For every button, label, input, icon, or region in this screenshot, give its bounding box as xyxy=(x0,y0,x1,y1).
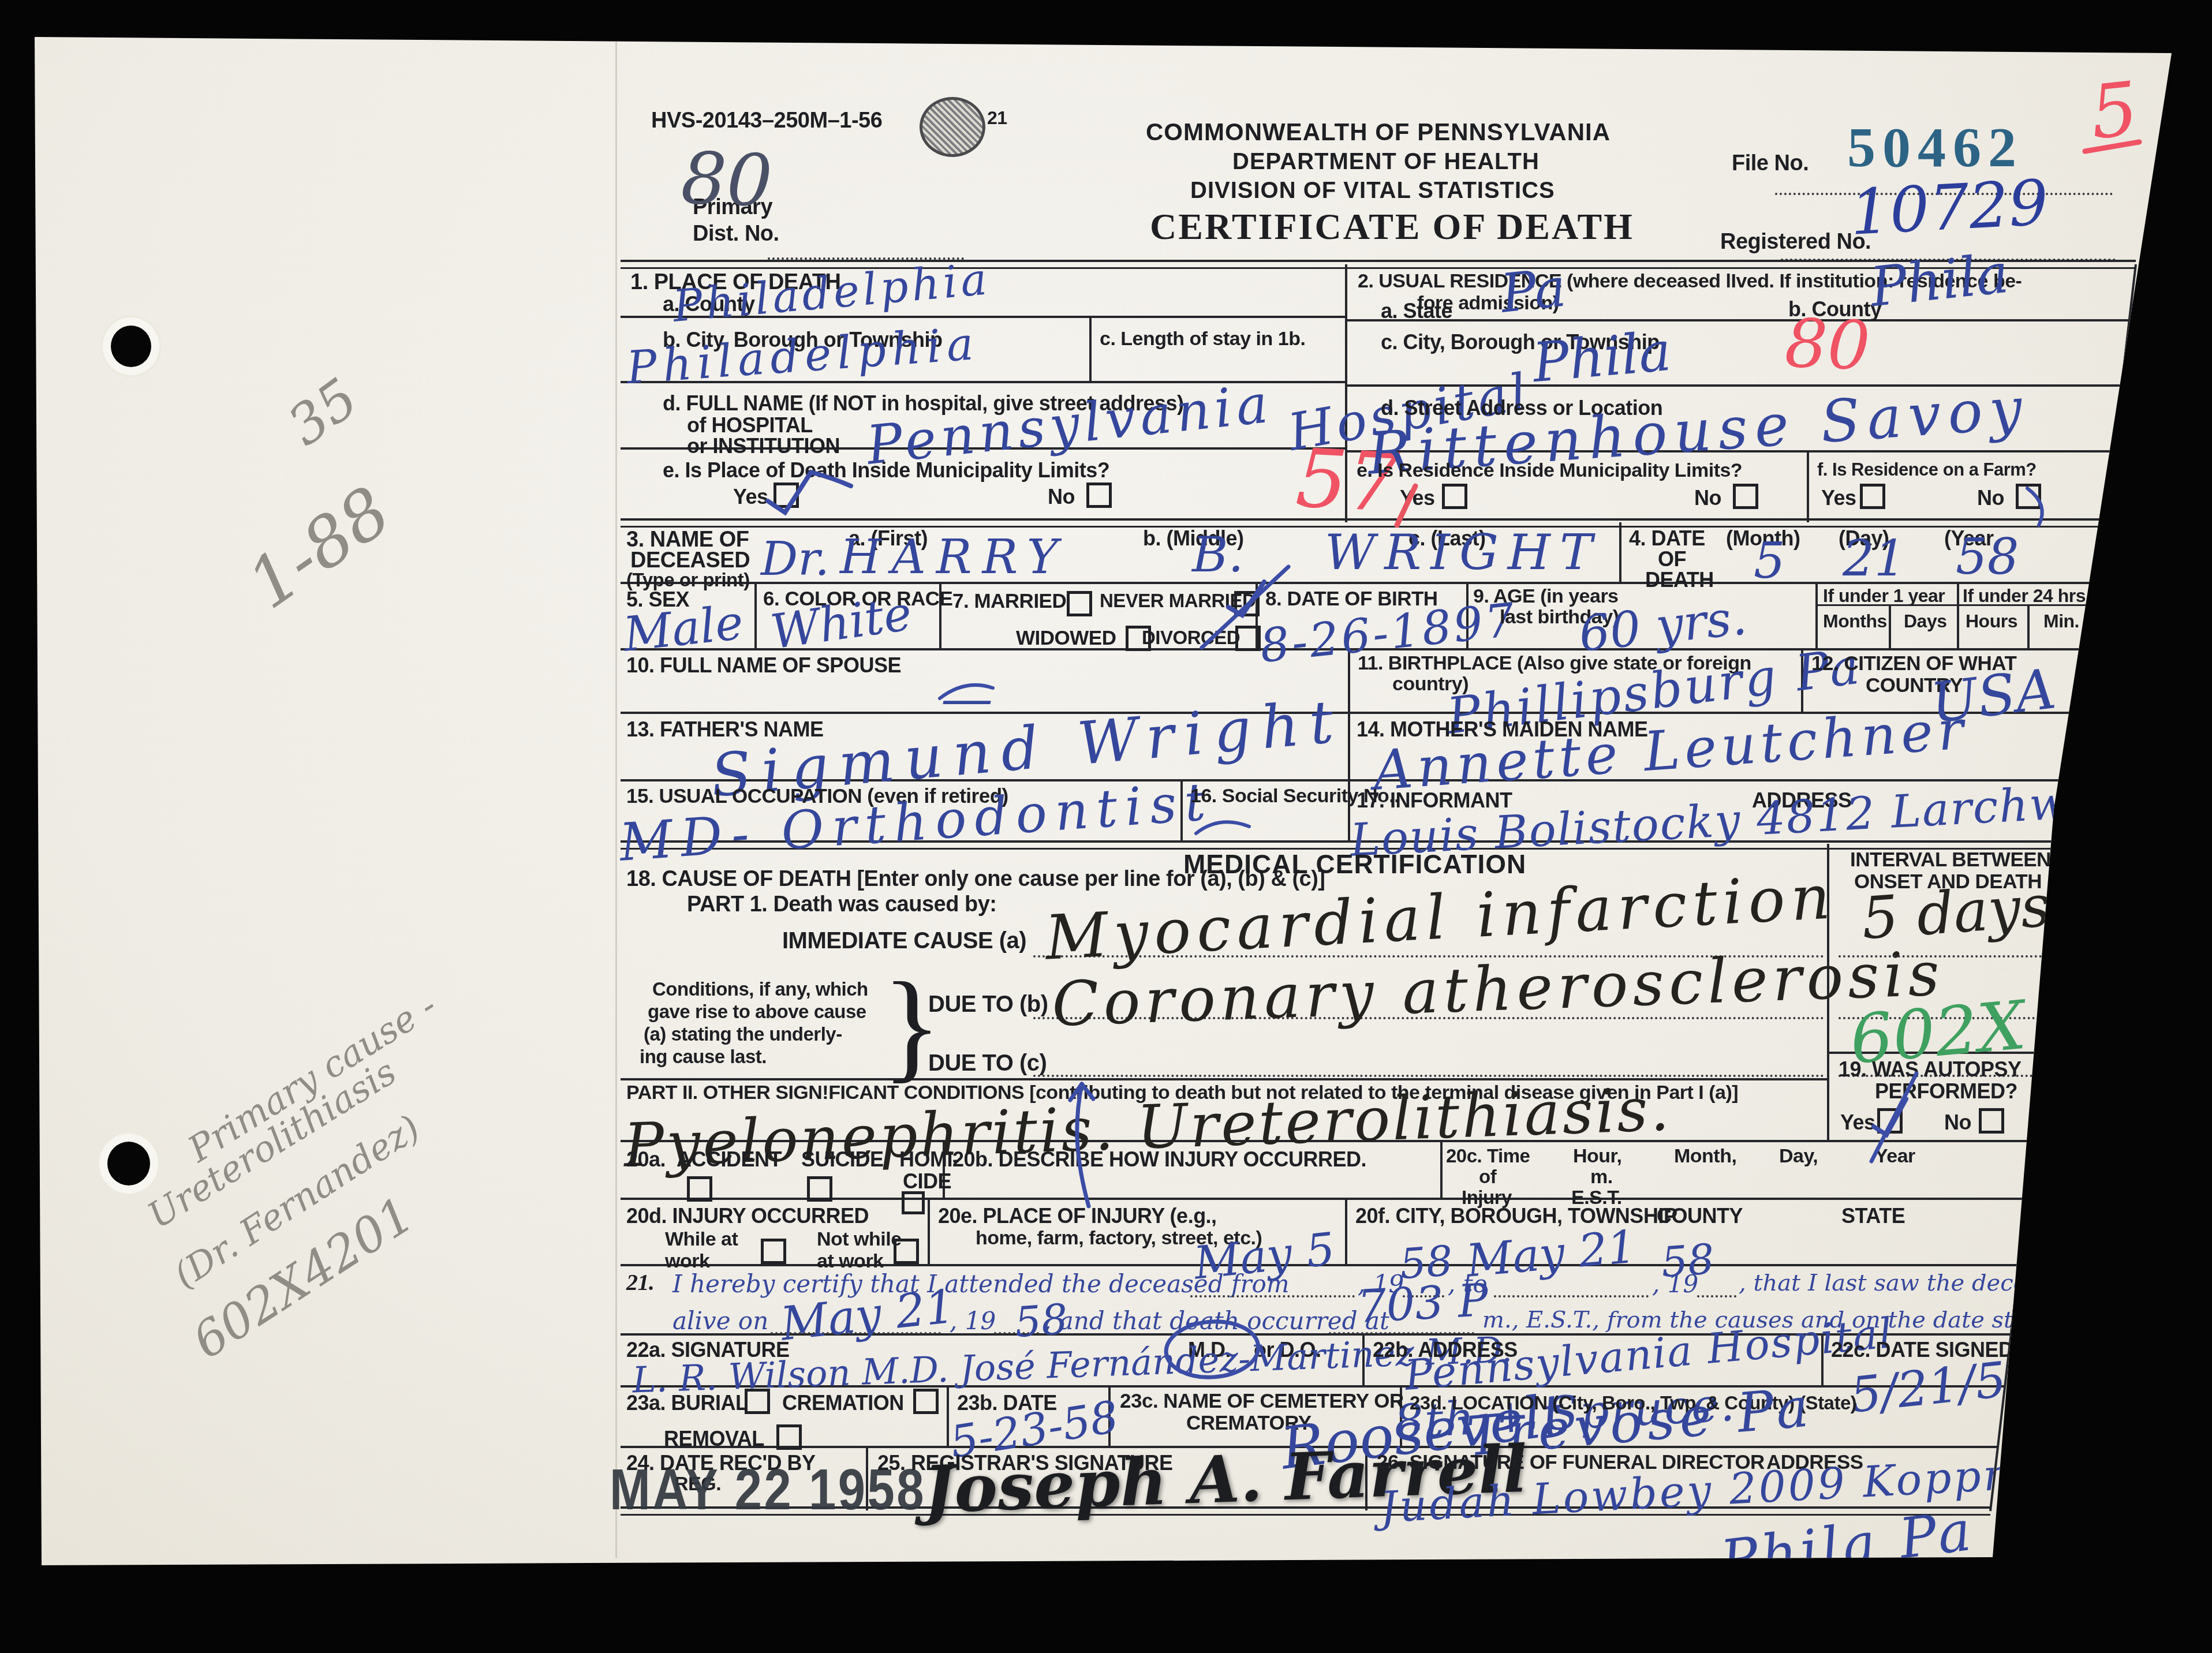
s20d-whileat-checkbox xyxy=(761,1239,786,1264)
red-annotation-80: 80 xyxy=(1784,304,1871,385)
s5-value: Male xyxy=(621,595,746,662)
s20a-accident-label: ACCIDENT xyxy=(677,1147,782,1172)
file-no-label: File No. xyxy=(1732,151,1809,176)
s18-cond4: ing cause last. xyxy=(640,1046,767,1068)
s20c-label2: of xyxy=(1479,1166,1496,1188)
s19-label2: PERFORMED? xyxy=(1875,1079,2017,1104)
s2f-no-label: No xyxy=(1977,486,2004,510)
s7-divorced-checkbox xyxy=(1235,626,1261,651)
s20d-notwhile-checkbox xyxy=(894,1239,919,1264)
s20c-year-label: Year xyxy=(1875,1145,1915,1168)
s20c-hour-label: Hour, xyxy=(1573,1145,1621,1168)
s2e-label: e. Is Residence Inside Municipality Limi… xyxy=(1357,459,1742,482)
s20f-state-label: STATE xyxy=(1841,1204,1905,1228)
form-stock-number: HVS-20143–250M–1-56 xyxy=(651,109,882,133)
s21-time-value: 703 P xyxy=(1357,1274,1490,1333)
s20a-homi-label: HOMI- xyxy=(899,1147,959,1172)
s9-min-label: Min. xyxy=(2043,611,2079,632)
s19-no-checkbox xyxy=(1979,1108,2004,1134)
s9-under1yr-label: If under 1 year xyxy=(1823,585,1945,607)
s20d-whileat-label: While at xyxy=(665,1228,738,1251)
rule xyxy=(1345,319,2129,321)
s7-never-married-label: NEVER MARRIED xyxy=(1100,590,1256,612)
s3-first-value: HARRY xyxy=(840,530,1068,585)
s20e-label1: 20e. PLACE OF INJURY (e.g., xyxy=(938,1204,1217,1228)
divider xyxy=(1345,1198,1347,1265)
s2e-yes-checkbox xyxy=(1442,484,1467,509)
s23a-cremation-label: CREMATION xyxy=(782,1391,904,1415)
s19-yes-checkbox xyxy=(1877,1108,1903,1134)
form-title: CERTIFICATE OF DEATH xyxy=(1150,205,1634,248)
divider xyxy=(1889,604,1891,649)
margin-note-1-88: 1-88 xyxy=(233,471,404,624)
s18-due-to-b-label: DUE TO (b) xyxy=(928,992,1048,1018)
s2e-yes-label: Yes xyxy=(1400,486,1435,510)
divider xyxy=(1348,648,1350,843)
scanned-death-certificate: HVS-20143–250M–1-56 21 Primary Dist. No.… xyxy=(0,0,2212,1653)
divider xyxy=(1619,522,1621,583)
s18-due-to-c-label: DUE TO (c) xyxy=(928,1050,1047,1076)
s19-yes-label: Yes xyxy=(1840,1110,1875,1135)
s23a-removal-label: REMOVAL xyxy=(664,1427,764,1451)
header-department: DEPARTMENT OF HEALTH xyxy=(1232,149,1540,175)
s21-alive-year: 58 xyxy=(1013,1295,1069,1347)
s4-title3: DEATH xyxy=(1645,568,1714,592)
s19-no-label: No xyxy=(1944,1110,1971,1135)
s1e-label: e. Is Place of Death Inside Municipality… xyxy=(663,458,1109,483)
header-commonwealth: COMMONWEALTH OF PENNSYLVANIA xyxy=(1146,118,1611,146)
punch-hole-top xyxy=(111,326,151,367)
punch-hole-bottom xyxy=(107,1142,150,1185)
s21-line3 xyxy=(1494,1295,1649,1297)
printer-seal-icon xyxy=(920,97,985,157)
s9-under24-label: If under 24 hrs. xyxy=(1963,585,2090,607)
s23a-burial-label: 23a. BURIAL xyxy=(626,1391,748,1415)
divider xyxy=(947,1385,949,1447)
s20d-notwhile-label: Not while xyxy=(817,1228,902,1251)
plate-number: 21 xyxy=(987,107,1007,129)
s7-married-checkbox xyxy=(1067,591,1092,616)
s1e-yes-checkbox xyxy=(774,483,799,508)
s20a-suicide-label: SUICIDE xyxy=(801,1147,884,1172)
s4-year-value: 58 xyxy=(1956,528,2019,586)
s2f-yes-label: Yes xyxy=(1821,486,1856,510)
divider xyxy=(2027,604,2030,649)
s20a-cide-label: CIDE xyxy=(903,1169,951,1194)
s7-divorced-label: DIVORCED xyxy=(1142,627,1240,649)
divider xyxy=(1089,316,1092,382)
header-division: DIVISION OF VITAL STATISTICS xyxy=(1190,178,1555,204)
s19-label1: 19. WAS AUTOPSY xyxy=(1839,1057,2022,1082)
s1c-label: c. Length of stay in 1b. xyxy=(1100,328,1305,350)
s2f-label: f. Is Residence on a Farm? xyxy=(1817,459,2037,480)
s4-month-value: 5 xyxy=(1754,532,1785,590)
s1d-label3: or INSTITUTION xyxy=(687,434,840,458)
s2a-label: a. State xyxy=(1381,299,1452,323)
s2c-value: Phila xyxy=(1530,320,1674,395)
s3-last-value: WRIGHT xyxy=(1325,524,1602,581)
s10-label: 10. FULL NAME OF SPOUSE xyxy=(626,653,901,678)
s21-text6: alive on xyxy=(672,1307,768,1335)
s3-middle-value: B. xyxy=(1192,526,1243,584)
s7-married-label: 7. MARRIED xyxy=(952,590,1066,613)
interval-value: 5 days xyxy=(1859,872,2052,953)
s4-day-value: 21 xyxy=(1843,530,1905,588)
interval-line1 xyxy=(1839,955,2046,958)
s18-cond2: gave rise to above cause xyxy=(648,1001,866,1023)
s20a-homicide-checkbox xyxy=(902,1191,925,1214)
s20c-month-label: Month, xyxy=(1674,1145,1736,1168)
dist-no-value: 80 xyxy=(680,137,774,223)
margin-note-35: 35 xyxy=(276,366,369,458)
s20c-day-label: Day, xyxy=(1779,1145,1818,1168)
s2f-no-checkbox xyxy=(2016,484,2041,509)
s1e-no-label: No xyxy=(1048,485,1075,509)
s2e-no-label: No xyxy=(1694,486,1721,510)
s20f-county-label: COUNTY xyxy=(1657,1204,1743,1228)
registered-no-value: 10729 xyxy=(1848,167,2050,249)
registered-no-label: Registered No. xyxy=(1720,230,1871,255)
s23a-cremation-checkbox xyxy=(913,1389,939,1414)
s21-text5: , that I last saw the deceased xyxy=(1739,1270,2081,1296)
dist-no-label: Dist. No. xyxy=(693,222,779,246)
red-annotation-5: 5 xyxy=(2086,66,2142,156)
s20a-suicide-checkbox xyxy=(807,1176,832,1202)
divider xyxy=(1815,582,1818,649)
s9-hours-label: Hours xyxy=(1966,611,2017,632)
divider xyxy=(1957,582,1959,649)
s9-days-label: Days xyxy=(1904,611,1947,632)
s20a-number: 20a. xyxy=(626,1147,666,1172)
certificate-paper: HVS-20143–250M–1-56 21 Primary Dist. No.… xyxy=(0,0,2212,1653)
s21-to-date: May 21 xyxy=(1464,1221,1638,1287)
s20c-m-label: m. xyxy=(1590,1166,1613,1188)
s1e-no-checkbox xyxy=(1086,483,1112,508)
s23a-removal-checkbox xyxy=(776,1424,802,1450)
s21-line1 xyxy=(1190,1295,1355,1297)
divider xyxy=(754,582,757,649)
s20a-accident-checkbox xyxy=(687,1176,712,1202)
s21-text8: , and that death occurred at xyxy=(1044,1307,1389,1335)
s2e-no-checkbox xyxy=(1733,484,1758,509)
s7-never-married-checkbox xyxy=(1234,591,1260,616)
s18-label: 18. CAUSE OF DEATH [Enter only one cause… xyxy=(626,867,1325,892)
s18-cond3: (a) stating the underly- xyxy=(644,1023,842,1045)
s18c-line xyxy=(1033,1075,1824,1077)
s21-to-year: 58 xyxy=(1660,1235,1716,1287)
s18-immediate-cause-label: IMMEDIATE CAUSE (a) xyxy=(782,928,1026,954)
s20c-label1: 20c. Time xyxy=(1446,1145,1530,1167)
s20d-label: 20d. INJURY OCCURRED xyxy=(626,1204,869,1228)
s2b-value: Phila xyxy=(1867,242,2012,319)
divider xyxy=(928,1198,930,1265)
s2f-yes-checkbox xyxy=(1860,484,1885,509)
s23a-burial-checkbox xyxy=(745,1389,770,1414)
s9-months-label: Months xyxy=(1823,611,1887,632)
s21-line4 xyxy=(1697,1295,1736,1297)
s7-widowed-label: WIDOWED xyxy=(1016,627,1116,650)
s21-number: 21. xyxy=(626,1269,655,1296)
interval-label1: INTERVAL BETWEEN xyxy=(1850,848,2051,872)
s20b-label: 20b. DESCRIBE HOW INJURY OCCURRED. xyxy=(952,1147,1366,1172)
s1e-yes-label: Yes xyxy=(733,485,768,509)
s18-part1-label: PART 1. Death was caused by: xyxy=(687,892,996,917)
divider xyxy=(1807,450,1809,522)
s3-prefix-value: Dr. xyxy=(761,532,830,586)
paper-fold-line xyxy=(615,40,617,1558)
s18-cond1: Conditions, if any, which xyxy=(652,978,868,1000)
s2a-value: Pa xyxy=(1498,256,1569,324)
